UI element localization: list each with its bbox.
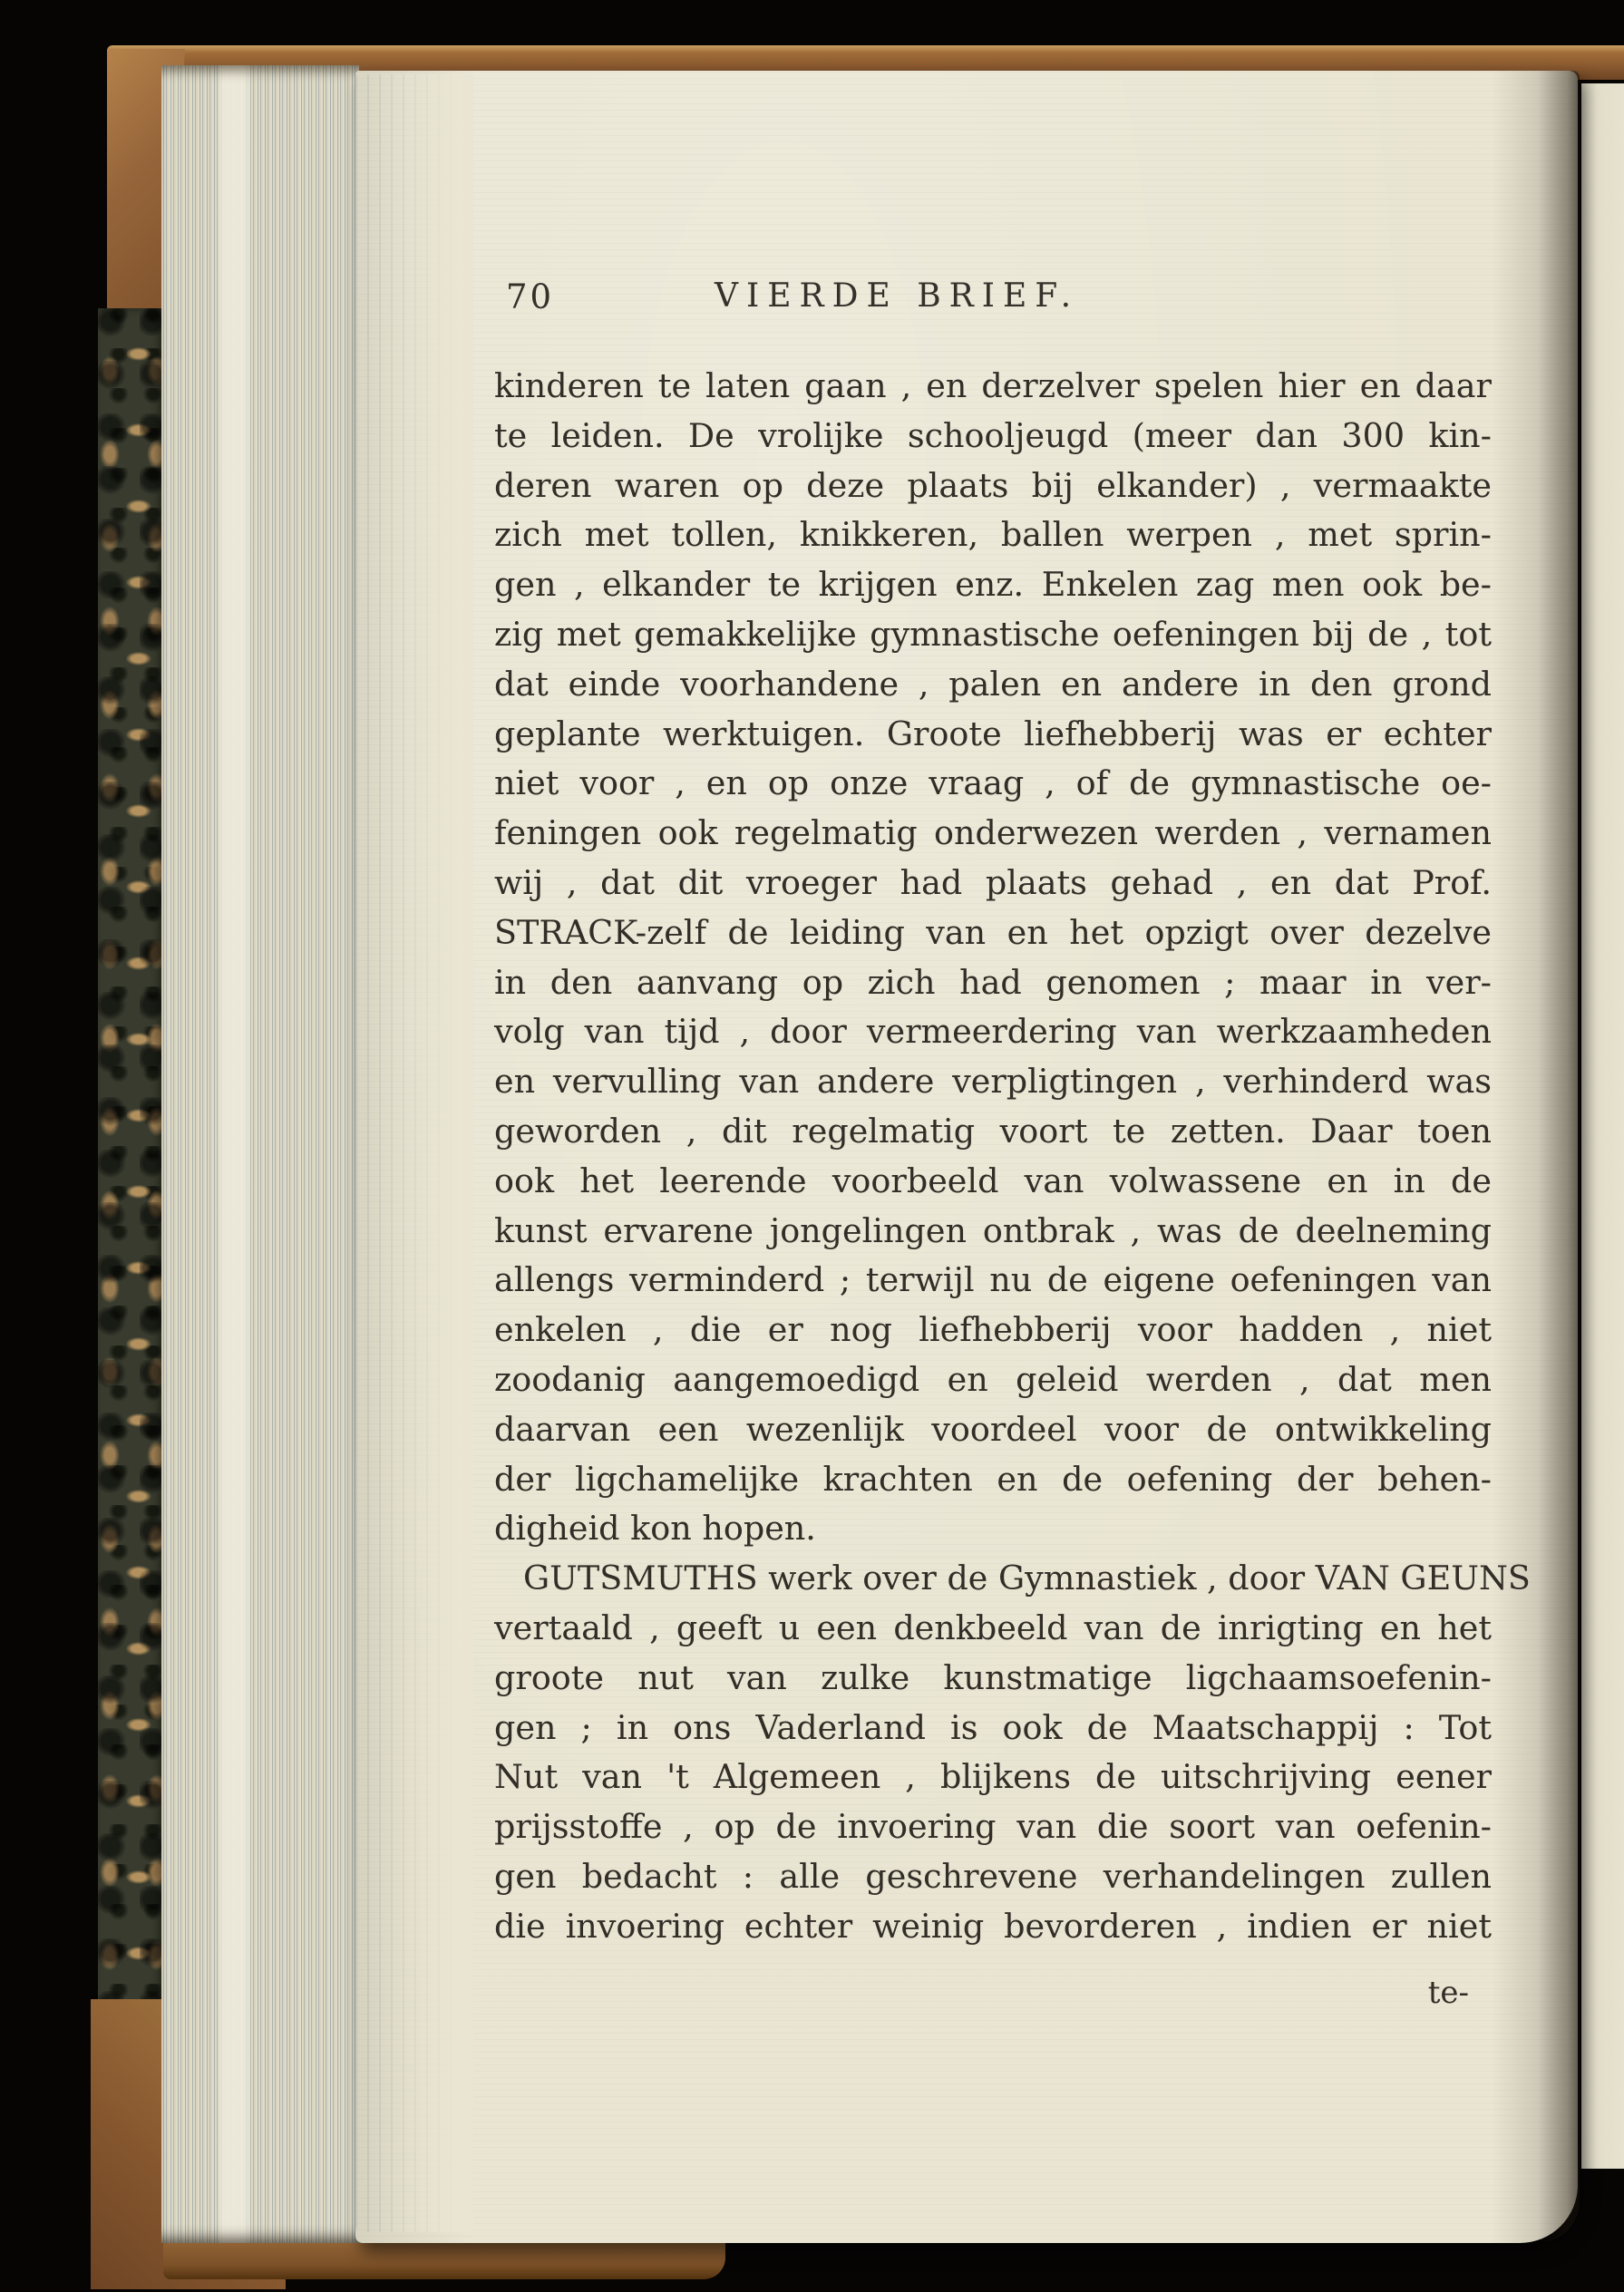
- text-line: gen bedacht : alle geschrevene verhandel…: [494, 1852, 1492, 1902]
- text-line: die invoering echter weinig bevorderen ,…: [494, 1902, 1492, 1952]
- text-line: ook het leerende voorbeeld van volwassen…: [494, 1157, 1492, 1207]
- text-line: deren waren op deze plaats bij elkander)…: [494, 461, 1492, 511]
- text-line: geworden , dit regelmatig voort te zette…: [494, 1107, 1492, 1157]
- text-line: in den aanvang op zich had genomen ; maa…: [494, 958, 1492, 1008]
- text-line: wij , dat dit vroeger had plaats gehad ,…: [494, 859, 1492, 908]
- text-line: Nut van 't Algemeen , blijkens de uitsch…: [494, 1753, 1492, 1802]
- paper-striations: [355, 74, 473, 2232]
- text-line: zig met gemakkelijke gymnastische oefeni…: [494, 610, 1492, 660]
- text-line: daarvan een wezenlijk voordeel voor de o…: [494, 1405, 1492, 1455]
- text-line: gen , elkander te krijgen enz. Enkelen z…: [494, 560, 1492, 610]
- text-line: allengs verminderd ; terwijl nu de eigen…: [494, 1256, 1492, 1306]
- book-scan: 70 VIERDE BRIEF. kinderen te laten gaan …: [0, 0, 1624, 2292]
- text-line: volg van tijd , door vermeerdering van w…: [494, 1007, 1492, 1057]
- text-line: groote nut van zulke kunstmatige ligchaa…: [494, 1654, 1492, 1704]
- text-line: feningen ook regelmatig onderwezen werde…: [494, 809, 1492, 859]
- catchword: te-: [494, 1973, 1469, 2013]
- text-line: enkelen , die er nog liefhebberij voor h…: [494, 1306, 1492, 1355]
- page-number: 70: [506, 277, 554, 317]
- text-line: zich met tollen, knikkeren, ballen werpe…: [494, 510, 1492, 560]
- text-line: vertaald , geeft u een denkbeeld van de …: [494, 1604, 1492, 1654]
- text-line: niet voor , en op onze vraag , of de gym…: [494, 759, 1492, 809]
- text-line: te leiden. De vrolijke schooljeugd (meer…: [494, 412, 1492, 461]
- text-line: der ligchamelijke krachten en de oefenin…: [494, 1455, 1492, 1505]
- text-line: kunst ervarene jongelingen ontbrak , was…: [494, 1207, 1492, 1257]
- text-line: geplante werktuigen. Groote liefhebberij…: [494, 710, 1492, 760]
- running-title: VIERDE BRIEF.: [715, 276, 1079, 317]
- marbled-board-edge: [98, 308, 165, 2013]
- text-line: en vervulling van andere verpligtingen ,…: [494, 1057, 1492, 1107]
- page-fore-edges: [161, 65, 359, 2243]
- text-line: kinderen te laten gaan , en derzelver sp…: [494, 362, 1492, 412]
- text-line: dat einde voorhandene , palen en andere …: [494, 660, 1492, 710]
- body-text: kinderen te laten gaan , en derzelver sp…: [494, 362, 1492, 1952]
- text-line-paragraph-end: digheid kon hopen.: [494, 1504, 1492, 1554]
- text-line: gen ; in ons Vaderland is ook de Maatsch…: [494, 1704, 1492, 1753]
- text-line: prijsstoffe , op de invoering van die so…: [494, 1802, 1492, 1852]
- facing-page-edge: [1581, 83, 1624, 2169]
- text-line: zoodanig aangemoedigd en geleid werden ,…: [494, 1355, 1492, 1405]
- text-line: STRACK-zelf de leiding van en het opzigt…: [494, 908, 1492, 958]
- text-line-paragraph-start: GUTSMUTHS werk over de Gymnastiek , door…: [494, 1554, 1492, 1604]
- gutter-shadow: [1538, 71, 1580, 2243]
